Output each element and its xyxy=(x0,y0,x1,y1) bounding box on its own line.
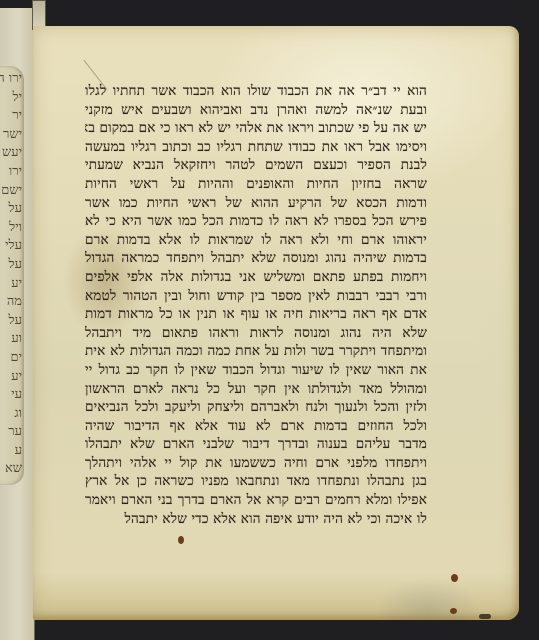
manuscript-line: ומיתפחד ויתקרר בשר ולות על אחת כמה וכמה … xyxy=(85,342,427,361)
previous-page-line: ע xyxy=(0,442,24,461)
previous-page-line: ער xyxy=(0,423,24,442)
previous-page-line: יעש xyxy=(0,144,24,163)
manuscript-line: ובעת שנ״אה למשה ואהרן נדב ואביהוא ושבעים… xyxy=(85,101,427,120)
manuscript-line: לו איכה וכי לא היה יודע איפה הוא אלא כדי… xyxy=(85,510,427,529)
manuscript-line: ויסימו אבל ראו את כבודו שתחת רגליו כב וכ… xyxy=(85,138,427,157)
manuscript-line: ויתפחדו מלפני ארם וחיה כששמעו את קול יי … xyxy=(85,454,427,473)
previous-page-line: ויל xyxy=(0,219,24,238)
manuscript-line: ומהולל מאד ולגדולתו אין חקר ועל כל נראה … xyxy=(85,380,427,399)
previous-page-line: יע xyxy=(0,368,24,387)
previous-page-line: וע xyxy=(0,330,24,349)
manuscript-line: יראוהו ארם וחי ולא ראה לו שמראות לו אלא … xyxy=(85,231,427,250)
manuscript-line: שלא היה נהוג ומנוסה לראות וראהו פתאום מי… xyxy=(85,324,427,343)
manuscript-line: ורבי רבבי רבבות לאין מספר בין קודש וחול … xyxy=(85,287,427,306)
previous-page-line: וג xyxy=(0,405,24,424)
previous-page-line: ים xyxy=(0,349,24,368)
manuscript-line: בגן נתבהלו ונתפחדו מאד ונתחבאו מפניו כשר… xyxy=(85,472,427,491)
previous-page-line: יר xyxy=(0,107,24,126)
ink-spot xyxy=(479,614,491,619)
previous-page-line: ישר xyxy=(0,126,24,145)
previous-page-line: יע xyxy=(0,275,24,294)
previous-page-line: ירו ה xyxy=(0,70,24,89)
manuscript-line: ולזין והכל ולנעוך ולנח ולאברהם וליצחק ול… xyxy=(85,398,427,417)
ink-spot xyxy=(450,608,457,614)
manuscript-line: אפילו ומלא רחמים רבים קרא אל הארם בדרך ב… xyxy=(85,491,427,510)
previous-page-line: ירו xyxy=(0,163,24,182)
manuscript-folio: הוא יי דב״ר אה את הכבוד שולו הוא הכבוד א… xyxy=(33,26,519,620)
previous-page-line: עלי xyxy=(0,237,24,256)
ink-spot xyxy=(451,574,458,582)
previous-page-line: על xyxy=(0,256,24,275)
manuscript-line: פירש הכל בספרו לא ראה לו כדמות הכל כמו א… xyxy=(85,212,427,231)
previous-page-text-column: ירו הילירישריעשירוישםעלוילעליעליעמהעלועי… xyxy=(0,66,24,485)
manuscript-line: ויחמות בפתע פתאם ומשליש אני בגדולות אלה … xyxy=(85,268,427,287)
manuscript-line: יש אה על פי שכתוב ויראו את אלהי יש לא רא… xyxy=(85,119,427,138)
manuscript-line: מדבר עליהם בענוה ובדרך דיבור שלבני הארם … xyxy=(85,435,427,454)
photo-background: ירו הילירישריעשירוישםעלוילעליעליעמהעלועי… xyxy=(0,0,539,640)
previous-page-line: עי xyxy=(0,386,24,405)
manuscript-line: בדמות שיהיה נהוג ומנוסה שלא יתבהל ויתפחד… xyxy=(85,249,427,268)
manuscript-line: ודמות הכסא של הרקיע ההוא של ראשי החיות כ… xyxy=(85,194,427,213)
previous-page-line: על xyxy=(0,200,24,219)
manuscript-line: ולכל החוזים בדמות ארם לא עוד אלא אף הדיב… xyxy=(85,417,427,436)
ink-spot xyxy=(178,536,184,544)
previous-page-line: ישם xyxy=(0,182,24,201)
manuscript-line: את האור שאין לו שיעור וגדול הכבוד שאין ל… xyxy=(85,361,427,380)
previous-page-edge: ירו הילירישריעשירוישםעלוילעליעליעמהעלועי… xyxy=(0,8,35,640)
manuscript-line: אדם אף ראה בריאות חיה או עוף או תנין או … xyxy=(85,305,427,324)
manuscript-line: שראה בחזיון החיות והאופנים וההיות על ראש… xyxy=(85,175,427,194)
previous-page-line: מה xyxy=(0,293,24,312)
previous-page-line: יל xyxy=(0,89,24,108)
previous-page-line: שא xyxy=(0,460,24,479)
previous-page-line: על xyxy=(0,312,24,331)
manuscript-line: הוא יי דב״ר אה את הכבוד שולו הוא הכבוד א… xyxy=(85,82,427,101)
manuscript-line: לבנת הספיר וכעצם השמים לטהר ויחזקאל הנבי… xyxy=(85,156,427,175)
hebrew-text-block: הוא יי דב״ר אה את הכבוד שולו הוא הכבוד א… xyxy=(85,82,427,528)
